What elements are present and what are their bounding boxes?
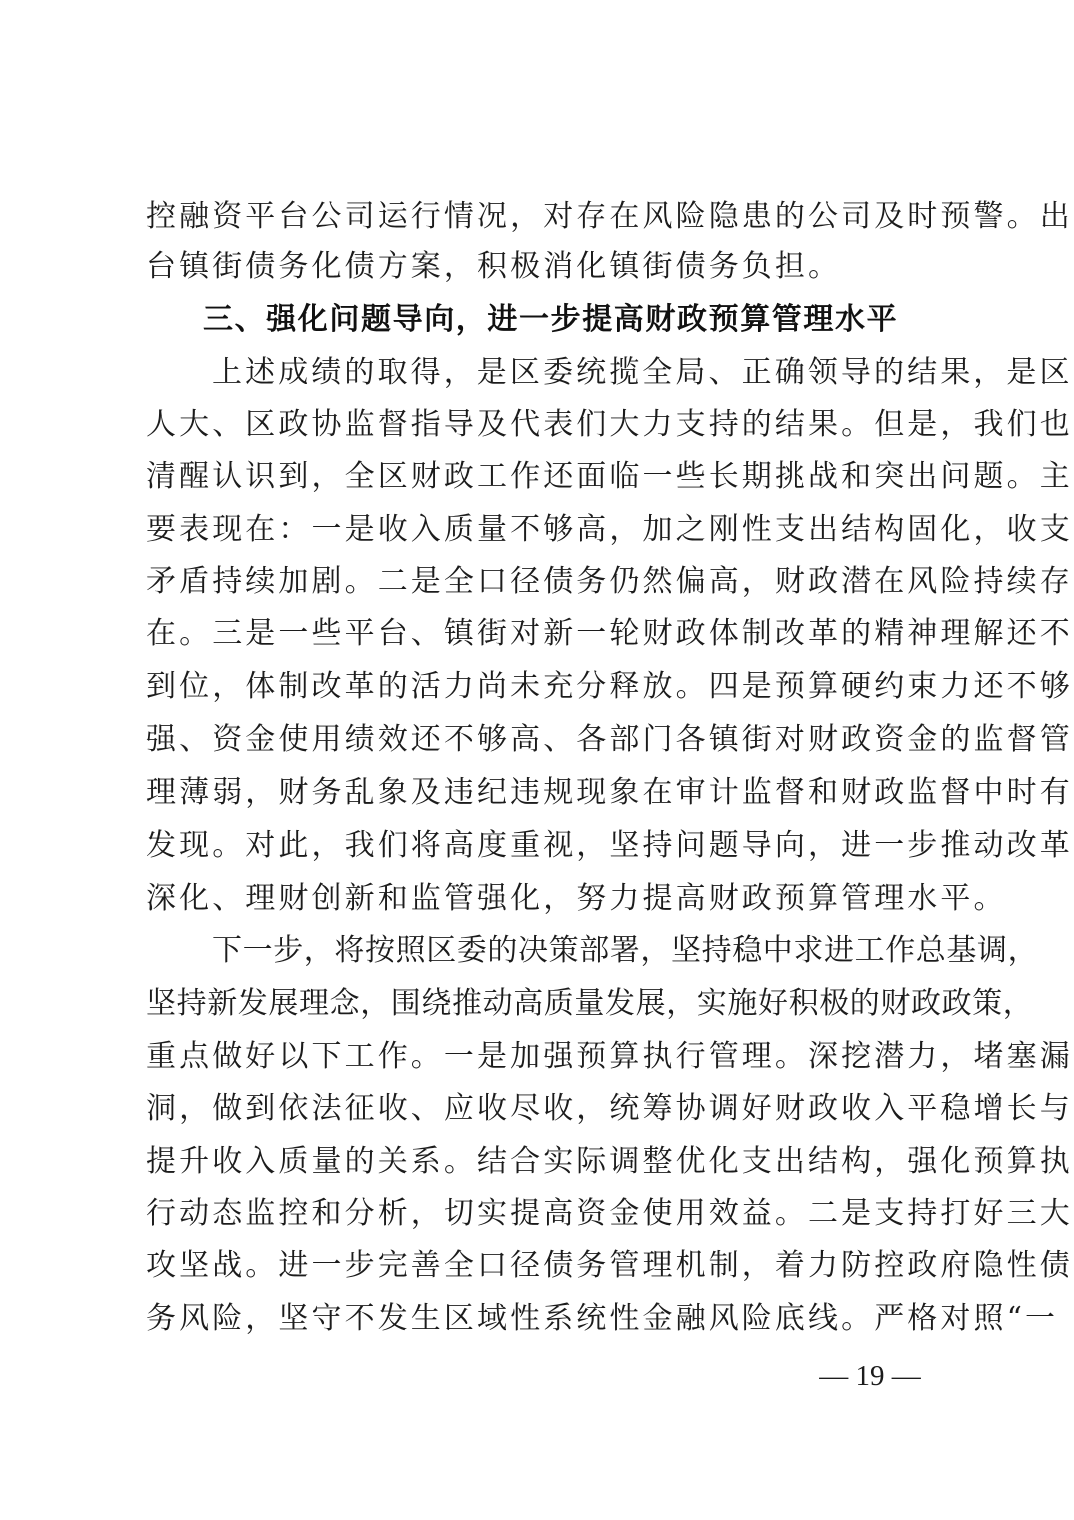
body-text-line: 提升收入质量的关系。结合实际调整优化支出结构，强化预算执: [146, 1142, 946, 1182]
paragraph-start-line: 上述成绩的取得，是区委统揽全局、正确领导的结果，是区: [212, 353, 1012, 393]
body-text-line: 务风险，坚守不发生区域性系统性金融风险底线。严格对照“一: [146, 1299, 946, 1339]
body-text-line: 攻坚战。进一步完善全口径债务管理机制，着力防控政府隐性债: [146, 1246, 946, 1286]
body-text-line: 要表现在：一是收入质量不够高，加之刚性支出结构固化，收支: [146, 510, 946, 550]
body-text-line: 控融资平台公司运行情况，对存在风险隐患的公司及时预警。出: [146, 197, 946, 237]
body-text-line: 深化、理财创新和监管强化，努力提高财政预算管理水平。: [146, 879, 946, 919]
body-text-line: 发现。对此，我们将高度重视，坚持问题导向，进一步推动改革: [146, 826, 946, 866]
body-text-line: 在。三是一些平台、镇街对新一轮财政体制改革的精神理解还不: [146, 614, 946, 654]
body-text-line: 理薄弱，财务乱象及违纪违规现象在审计监督和财政监督中时有: [146, 773, 946, 813]
body-text-line: 清醒认识到，全区财政工作还面临一些长期挑战和突出问题。主: [146, 457, 946, 497]
body-text-line: 行动态监控和分析，切实提高资金使用效益。二是支持打好三大: [146, 1194, 946, 1234]
body-text-line: 到位，体制改革的活力尚未充分释放。四是预算硬约束力还不够: [146, 667, 946, 707]
document-page: 控融资平台公司运行情况，对存在风险隐患的公司及时预警。出 台镇街债务化债方案，积…: [0, 0, 1074, 1520]
page-number: — 19 —: [815, 1356, 925, 1396]
body-text-line: 人大、区政协监督指导及代表们大力支持的结果。但是，我们也: [146, 405, 946, 445]
body-text-line: 强、资金使用绩效还不够高、各部门各镇街对财政资金的监督管: [146, 720, 946, 760]
body-text-line: 重点做好以下工作。一是加强预算执行管理。深挖潜力，堵塞漏: [146, 1037, 946, 1077]
section-heading: 三、强化问题导向，进一步提高财政预算管理水平: [203, 300, 1003, 340]
body-text-line: 洞，做到依法征收、应收尽收，统筹协调好财政收入平稳增长与: [146, 1089, 946, 1129]
body-text-line: 矛盾持续加剧。二是全口径债务仍然偏高，财政潜在风险持续存: [146, 562, 946, 602]
body-text-line: 坚持新发展理念，围绕推动高质量发展，实施好积极的财政政策，: [146, 984, 946, 1024]
body-text-line: 台镇街债务化债方案，积极消化镇街债务负担。: [146, 247, 946, 287]
paragraph-start-line: 下一步，将按照区委的决策部署，坚持稳中求进工作总基调，: [212, 931, 1012, 971]
